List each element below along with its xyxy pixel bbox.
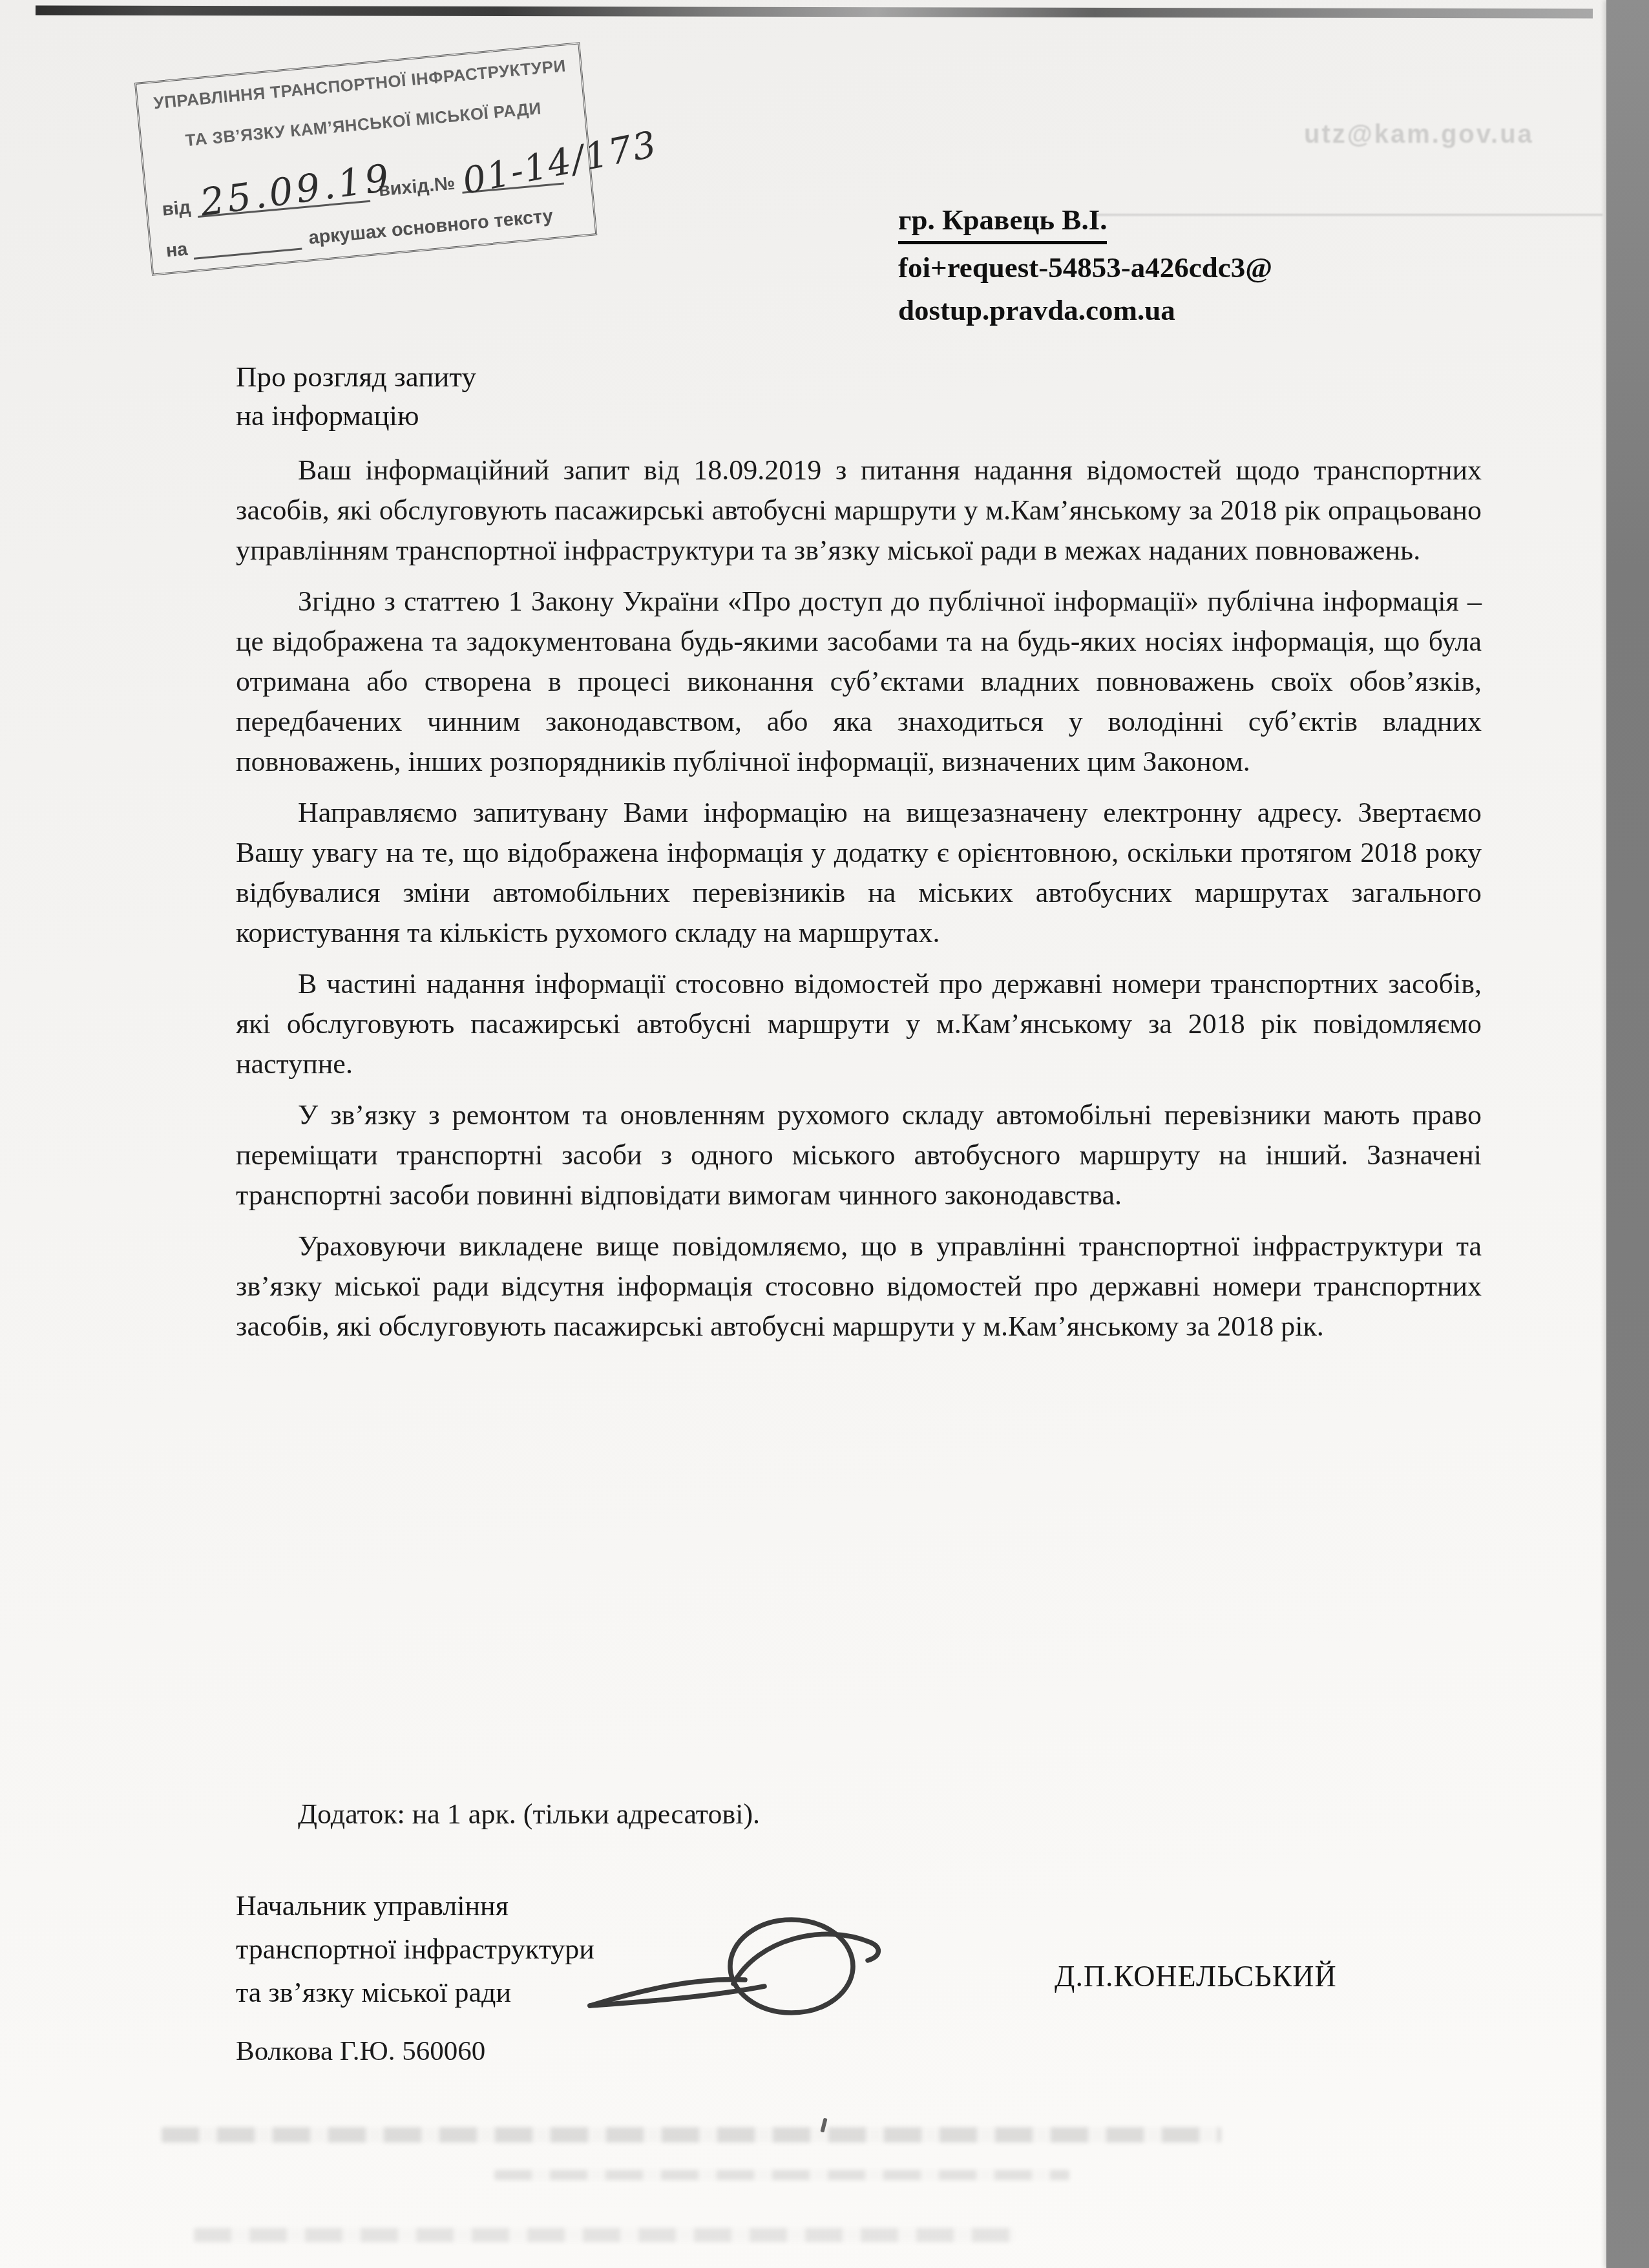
body-paragraph: Ваш інформаційний запит від 18.09.2019 з… (236, 450, 1482, 571)
signer-title-line-3: та зв’язку міської ради (236, 1971, 594, 2014)
body-paragraph: У зв’язку з ремонтом та оновленням рухом… (236, 1095, 1482, 1215)
stamp-sheets-prefix: на (165, 239, 189, 262)
stamp-date-row: від 25.09.19 вихід.№ 01-14/173 (159, 135, 578, 221)
signer-title-line-1: Начальник управління (236, 1884, 594, 1927)
recipient-block: гр. Кравець В.І. foi+request-54853-a426c… (898, 200, 1272, 330)
stamp-date-value: 25.09.19 (198, 156, 395, 225)
subject-line-1: Про розгляд запиту (236, 357, 476, 396)
signature-scribble (578, 1905, 953, 2021)
subject-block: Про розгляд запиту на інформацію (236, 357, 476, 435)
signer-title-block: Начальник управління транспортної інфрас… (236, 1884, 594, 2014)
body-paragraph: Ураховуючи викладене вище повідомляємо, … (236, 1226, 1482, 1347)
executor-note: Волкова Г.Ю. 560060 (236, 2035, 485, 2067)
stamp-sheets-blank-underline (192, 229, 302, 260)
stamp-date-underline: 25.09.19 (194, 154, 371, 218)
letter-body: Ваш інформаційний запит від 18.09.2019 з… (236, 450, 1482, 1358)
body-paragraph: Згідно з статтею 1 Закону України «Про д… (236, 582, 1482, 782)
registration-stamp: УПРАВЛІННЯ ТРАНСПОРТНОЇ ІНФРАСТРУКТУРИ Т… (134, 42, 597, 275)
subject-line-2: на інформацію (236, 396, 476, 435)
bleedthrough-ghost-line (162, 2127, 1221, 2143)
scan-edge-top-streak (36, 5, 1593, 18)
stamp-outnumber-underline: 01-14/173 (458, 136, 564, 194)
recipient-email-line-1: foi+request-54853-a426cdc3@ (898, 248, 1272, 287)
stamp-outnumber-value: 01-14/173 (459, 123, 661, 203)
stamp-sheets-suffix: аркушах основного тексту (308, 205, 554, 249)
bleedthrough-email-watermark: utz@kam.gov.ua (1304, 120, 1534, 149)
bleedthrough-ghost-line (494, 2170, 1069, 2180)
stamp-date-label: від (162, 197, 192, 221)
scan-page: УПРАВЛІННЯ ТРАНСПОРТНОЇ ІНФРАСТРУКТУРИ Т… (0, 0, 1649, 2268)
recipient-name: гр. Кравець В.І. (898, 200, 1107, 244)
bleedthrough-ghost-line (194, 2228, 1014, 2242)
recipient-email-line-2: dostup.pravda.com.ua (898, 291, 1272, 330)
body-paragraph: Направляємо запитувану Вами інформацію н… (236, 793, 1482, 953)
attachment-note: Додаток: на 1 арк. (тільки адресатові). (236, 1798, 1482, 1831)
signer-title-line-2: транспортної інфраструктури (236, 1927, 594, 1971)
signer-name: Д.П.КОНЕЛЬСЬКИЙ (1055, 1959, 1337, 1993)
scan-edge-right-band (1606, 0, 1649, 2268)
body-paragraph: В частині надання інформації стосовно ві… (236, 964, 1482, 1084)
